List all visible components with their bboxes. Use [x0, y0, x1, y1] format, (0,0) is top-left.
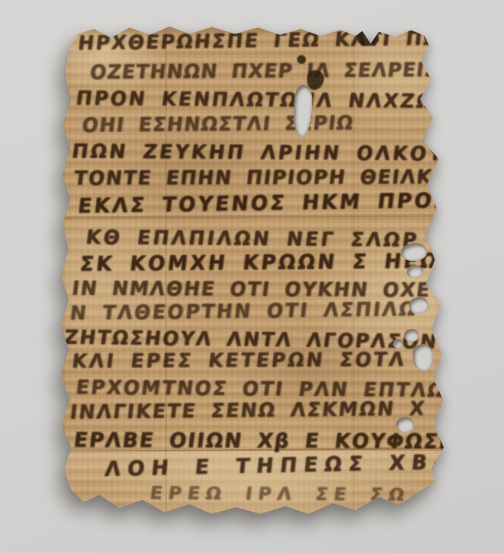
papyrus-text-line: ΕΡΕΩ ΙΡΛ ΣΕ ΣΩ	[149, 483, 412, 506]
handwriting-layer: ΗΡΧΘΕΡΩΗΣΠΕ ΓΕΩ ΚΛΤΙ ΠΩΟΖΕΤΗΝΩΝ ΠΧΕΡ ΙΛ …	[57, 25, 449, 520]
papyrus-text-line: ΤΟΝΤΕ ΕΠΗΝ ΠΙΡΙΟΡΗ ΘΕΙΛΚ	[73, 167, 434, 190]
photo-background: ΗΡΧΘΕΡΩΗΣΠΕ ΓΕΩ ΚΛΤΙ ΠΩΟΖΕΤΗΝΩΝ ΠΧΕΡ ΙΛ …	[0, 0, 504, 553]
papyrus-text-line: ΠΡΟΝ ΚΕΝΠΛΩΤΩΝΛ ΝΛΧΖΩΛ	[75, 88, 453, 113]
papyrus-sheet: ΗΡΧΘΕΡΩΗΣΠΕ ΓΕΩ ΚΛΤΙ ΠΩΟΖΕΤΗΝΩΝ ΠΧΕΡ ΙΛ …	[57, 25, 449, 520]
papyrus-text-line: ΚΘ ΕΠΛΠΙΛΩΝ ΝΕΓ ΣΛΩΡ	[85, 227, 421, 252]
papyrus-text-line: ΚΛΙ ΕΡΕΣ ΚΕΤΕΡΩΝ ΣΟΤΛ	[71, 349, 408, 373]
papyrus-text-line: ΠΩΝ ΖΕΥΚΗΠ ΛΡΙΗΝ ΟΛΚΟΥ	[71, 141, 447, 166]
papyrus-dark-gap	[357, 29, 379, 46]
papyrus-hole	[412, 343, 434, 371]
papyrus-hole	[396, 417, 414, 433]
papyrus-text-line: ΟΗΙ ΕΣΗΝΩΣΤΛΙ ΣΕΡΙΩ	[81, 113, 355, 137]
papyrus-text-line: ΗΡΧΘΕΡΩΗΣΠΕ ΓΕΩ ΚΛΤΙ ΠΩ	[77, 28, 443, 55]
papyrus-text-line: ΟΖΕΤΗΝΩΝ ΠΧΕΡ ΙΛ ΣΕΛΡΕΙΣ	[89, 60, 440, 84]
papyrus-text-line: ΕΚΛΣ ΤΟΥΕΝΟΣ ΗΚΜ ΠΡΟΣ	[77, 188, 452, 218]
papyrus-text-line: Ν ΤΛΘΕΟΡΤΗΝ ΟΤΙ ΛΣΠΙΛΩ	[69, 299, 418, 325]
papyrus-hole	[407, 265, 423, 278]
papyrus-hole	[409, 297, 429, 314]
papyrus-hole	[404, 329, 419, 342]
papyrus-fragment: ΗΡΧΘΕΡΩΗΣΠΕ ΓΕΩ ΚΛΤΙ ΠΩΟΖΕΤΗΝΩΝ ΠΧΕΡ ΙΛ …	[57, 25, 449, 520]
papyrus-hole	[401, 243, 427, 261]
papyrus-text-line: ΙΝΛΓΙΚΕΤΕ ΣΕΝΩ ΛΣΚΜΩΝ Χ	[69, 398, 427, 424]
papyrus-hole	[393, 339, 403, 349]
papyrus-text-line: ΛΟΗ Ε ΤΗΠΕΩΣ ΧΒ—	[104, 450, 462, 482]
papyrus-dark-speck	[297, 55, 306, 64]
